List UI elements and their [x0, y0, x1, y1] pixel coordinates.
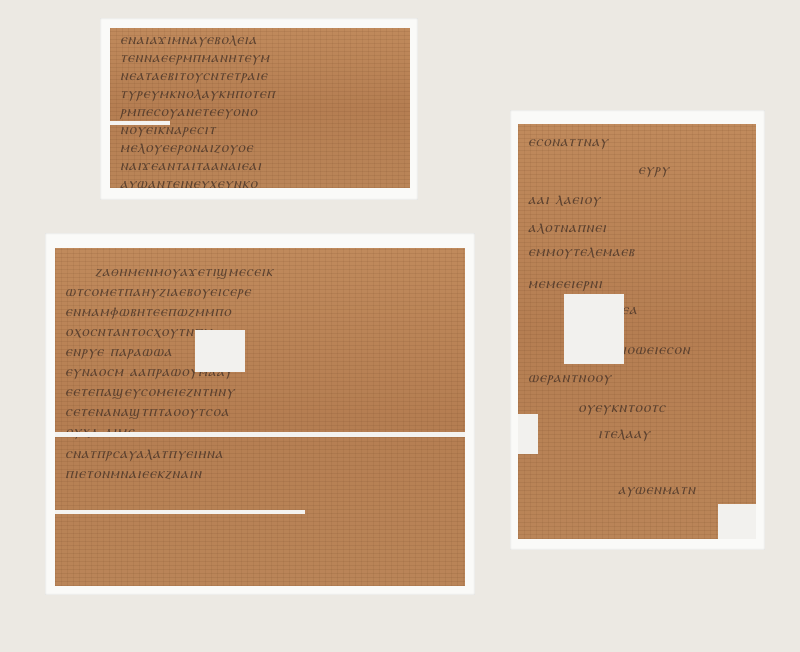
- text-line: ⲛⲁⲓϫⲉⲁⲛⲧⲁⲓⲧⲁⲁⲛⲁⲓⲉⲁⲓ: [120, 156, 404, 175]
- text-line: ⲍⲁⲑⲏⲙⲉⲛⲙⲟⲩⲁϫⲉⲧⲓϣⲙⲉⲥⲉⲓⲕ: [95, 262, 459, 281]
- papyrus-fragment-bottom-left: ⲍⲁⲑⲏⲙⲉⲛⲙⲟⲩⲁϫⲉⲧⲓϣⲙⲉⲥⲉⲓⲕ ⲱⲧⲥⲟⲙⲉⲧⲡⲁⲏⲩⲍⲓⲁⲉⲃⲟ…: [55, 248, 465, 586]
- text-line: ⲉⲛⲙⲁⲙⲫⲱⲃⲏⲧⲉⲉⲡⲱⲍⲙⲙⲡⲟ: [65, 302, 459, 320]
- text-line: ⲉⲙⲙⲟⲩⲧⲉⲗⲉⲙⲁⲉⲃ: [528, 242, 750, 260]
- text-line: ⲉⲛⲁⲓⲁϫⲓⲙⲛⲁⲩⲉⲃⲟⲗⲉⲓⲁ: [120, 30, 404, 49]
- hole: [518, 414, 538, 454]
- text-line: ⲧⲉⲛⲛⲁⲉⲉⲣⲙⲡⲙⲁⲛⲏⲧⲉⲩⲙ: [120, 48, 404, 66]
- text-line: ⲛⲟⲱⲉⲓⲉⲥⲟⲛ: [618, 340, 750, 358]
- papyrus-fragment-top-left: ⲉⲛⲁⲓⲁϫⲓⲙⲛⲁⲩⲉⲃⲟⲗⲉⲓⲁ ⲧⲉⲛⲛⲁⲉⲉⲣⲙⲡⲙⲁⲛⲏⲧⲉⲩⲙ ⲛⲉ…: [110, 28, 410, 188]
- text-line: ⲉⲛⲣⲩⲉ ⲡⲁⲣⲁⲱⲱⲁ: [65, 342, 459, 360]
- text-line: ⲡⲓⲉⲧⲟⲛⲙⲛⲁⲓⲉⲉⲕⲍⲛⲁⲓⲛ: [65, 464, 459, 482]
- text-line: ⲁⲗⲟⲧⲛⲁⲡⲛⲉⲓ: [528, 218, 750, 236]
- tear: [55, 510, 305, 514]
- hole: [564, 294, 624, 364]
- text-line: ⲉⲉⲧⲉⲡⲁϣⲉⲩⲥⲟⲙⲉⲓⲉⲍⲛⲧⲏⲛⲩ: [65, 382, 459, 401]
- text-line: ⲥⲉⲧⲉⲛⲁⲛⲁϣⲧⲡⲧⲁⲟⲟⲩⲧⲥⲟⲁ: [65, 402, 459, 421]
- text-line: ⲁⲩⲱⲁⲛⲧⲉⲓⲛⲉⲩⲭⲉⲩⲛⲕⲟ: [120, 174, 404, 188]
- text-line: ⲧⲩⲣⲉⲩⲙⲕⲛⲟⲗⲁⲩⲕⲏⲡⲟⲧⲉⲡ: [120, 84, 404, 102]
- text-line: ⲟⲩⲉⲩⲕⲛⲧⲟⲟⲧⲥ: [578, 398, 750, 416]
- text-line: ⲁⲁⲓ ⲗⲁⲉⲓⲟⲩ: [528, 190, 750, 208]
- text-line: ⲙⲉⲙⲉⲉⲓⲉⲣⲛⲓ: [528, 274, 750, 292]
- tear: [55, 432, 465, 437]
- text-line: ⲁⲩⲱⲉⲛⲙⲁⲧⲛ: [618, 480, 750, 498]
- text-line: ⲟⲭⲟⲥⲛⲧⲁⲛⲧⲟⲥⲭⲟⲩⲧⲛⲡⲙ: [65, 322, 459, 340]
- text-line: ⲱⲉⲣⲁⲛⲧⲛⲟⲟⲩ: [528, 368, 750, 386]
- papyrus-fragment-right: ⲉⲥⲟⲛⲁⲧⲧⲛⲁⲩ ⲉⲩⲣⲩ ⲁⲁⲓ ⲗⲁⲉⲓⲟⲩ ⲁⲗⲟⲧⲛⲁⲡⲛⲉⲓ ⲉⲙ…: [518, 124, 756, 539]
- tear: [110, 121, 170, 125]
- text-line: ⲟⲩⲭⲁ ⲁⲓⲙⲉ: [65, 422, 459, 440]
- text-line: ⲛⲉⲁⲧⲁⲉⲃⲓⲧⲟⲩⲥⲛⲧⲉⲧⲣⲁⲓⲉ: [120, 66, 404, 84]
- text-line: ⲥⲛⲁⲧⲡⲣⲥⲁⲩⲁⲗⲁⲧⲡⲩⲉⲓⲏⲛⲁ: [65, 444, 459, 462]
- hole: [718, 504, 756, 539]
- text-line: ⲱⲧⲥⲟⲙⲉⲧⲡⲁⲏⲩⲍⲓⲁⲉⲃⲟⲩⲉⲓⲥⲉⲣⲉ: [65, 282, 459, 300]
- text-line: ⲙⲉⲗⲟⲩⲉⲉⲣⲟⲛⲁⲓⲍⲟⲩⲟⲉ: [120, 138, 404, 156]
- text-line: ⲉⲩⲣⲩ: [638, 160, 750, 178]
- hole: [195, 330, 245, 372]
- text-line: ⲉⲩⲛⲁⲟⲥⲙ ⲁⲁⲡⲣⲁⲱⲟⲩⲙⲁⲁⲩ: [65, 362, 459, 380]
- text-line: ⲣⲙⲡⲉⲥⲟⲩⲁⲛⲉⲧⲉⲉⲩⲟⲛⲟ: [120, 102, 404, 120]
- text-line: ⲉⲥⲟⲛⲁⲧⲧⲛⲁⲩ: [528, 132, 750, 150]
- text-line: ⲓⲧⲉⲗⲁⲁⲩ: [598, 424, 750, 442]
